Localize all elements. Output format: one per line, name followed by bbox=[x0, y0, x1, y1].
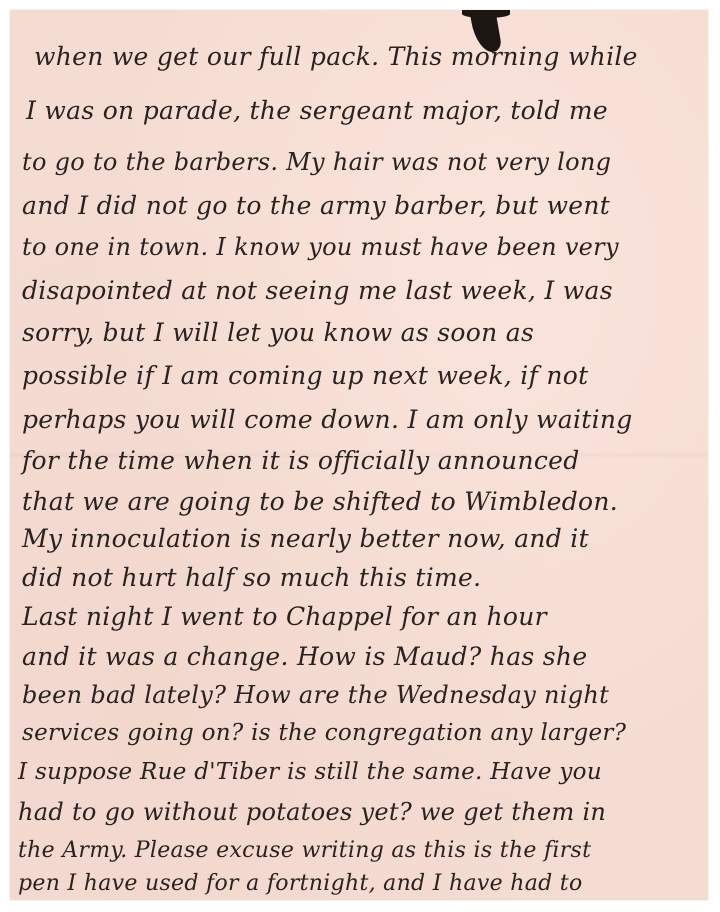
letter-line-2: I was on parade, the sergeant major, tol… bbox=[26, 96, 608, 126]
handwritten-letter: when we get our full pack. This morning … bbox=[0, 0, 720, 912]
letter-line-6: disapointed at not seeing me last week, … bbox=[22, 276, 613, 306]
letter-line-4: and I did not go to the army barber, but… bbox=[22, 191, 610, 221]
letter-line-17: services going on? is the congregation a… bbox=[22, 718, 626, 748]
letter-line-13: did not hurt half so much this time. bbox=[22, 563, 481, 593]
letter-line-14: Last night I went to Chappel for an hour bbox=[22, 602, 547, 632]
letter-line-8: possible if I am coming up next week, if… bbox=[22, 361, 589, 391]
letter-line-19: had to go without potatoes yet? we get t… bbox=[18, 797, 606, 827]
letter-line-20: the Army. Please excuse writing as this … bbox=[18, 836, 591, 866]
letter-line-16: been bad lately? How are the Wednesday n… bbox=[22, 680, 609, 710]
letter-line-11: that we are going to be shifted to Wimbl… bbox=[22, 487, 618, 517]
letter-line-5: to one in town. I know you must have bee… bbox=[22, 232, 619, 262]
letter-line-9: perhaps you will come down. I am only wa… bbox=[22, 405, 633, 435]
letter-line-15: and it was a change. How is Maud? has sh… bbox=[22, 642, 587, 672]
letter-line-3: to go to the barbers. My hair was not ve… bbox=[22, 147, 611, 177]
letter-line-18: I suppose Rue d'Tiber is still the same.… bbox=[18, 757, 602, 787]
letter-line-1: when we get our full pack. This morning … bbox=[34, 42, 638, 72]
letter-line-12: My innoculation is nearly better now, an… bbox=[22, 524, 589, 554]
letter-line-7: sorry, but I will let you know as soon a… bbox=[22, 318, 534, 348]
letter-line-10: for the time when it is officially annou… bbox=[22, 446, 580, 476]
letter-line-21: pen I have used for a fortnight, and I h… bbox=[18, 869, 582, 899]
